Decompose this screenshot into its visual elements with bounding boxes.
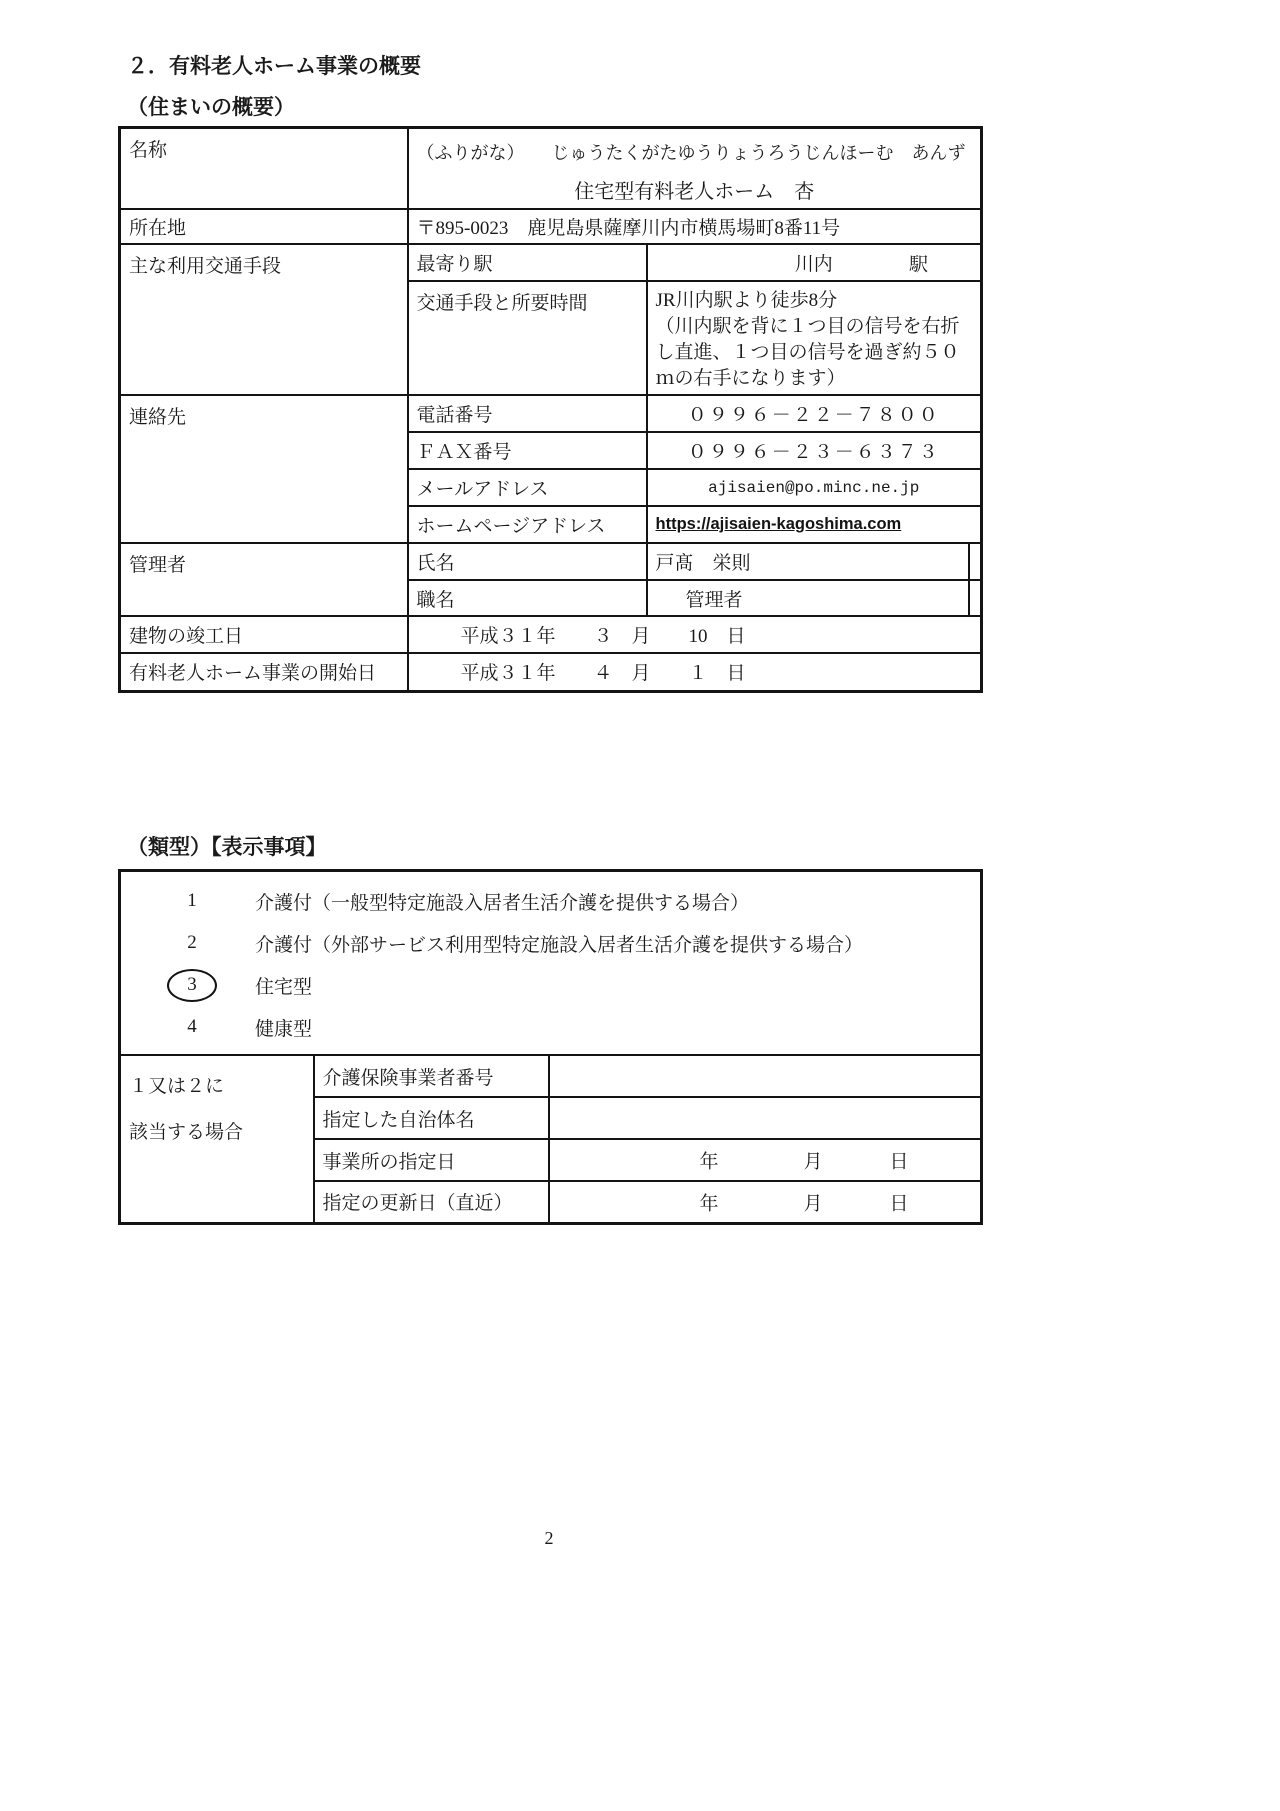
type-option-2: 2 介護付（外部サービス利用型特定施設入居者生活介護を提供する場合） xyxy=(121,922,980,964)
table-row: 所在地 〒895-0023 鹿児島県薩摩川内市横馬場町8番11号 xyxy=(120,209,982,244)
type-classification-table: 1 介護付（一般型特定施設入居者生活介護を提供する場合） 2 介護付（外部サービ… xyxy=(118,869,983,1225)
table-row: 建物の竣工日 平成３１年 ３ 月 10 日 xyxy=(120,616,982,653)
type-label: 住宅型 xyxy=(255,972,312,999)
renewal-date-value: 年 月 日 xyxy=(549,1181,982,1223)
manager-name-label: 氏名 xyxy=(408,543,647,580)
day-unit: 日 xyxy=(890,1188,909,1215)
fax-value: ０９９６－２３－６３７３ xyxy=(647,432,982,469)
type-options-cell: 1 介護付（一般型特定施設入居者生活介護を提供する場合） 2 介護付（外部サービ… xyxy=(120,871,982,1056)
access-label: 交通手段と所要時間 xyxy=(408,281,647,395)
day-unit: 日 xyxy=(890,1147,909,1174)
year-unit: 年 xyxy=(700,1188,719,1215)
type-label: 介護付（外部サービス利用型特定施設入居者生活介護を提供する場合） xyxy=(255,930,863,957)
municipality-label: 指定した自治体名 xyxy=(314,1097,549,1139)
manager-title-value: 管理者 xyxy=(647,580,982,616)
condition-line2: 該当する場合 xyxy=(129,1110,305,1156)
access-time: JR川内駅より徒歩8分 xyxy=(656,287,973,314)
condition-label-cell: １又は２に 該当する場合 xyxy=(120,1055,314,1223)
business-start-value: 平成３１年 ４ 月 １ 日 xyxy=(408,653,982,691)
page-title: ２．有料老人ホーム事業の概要 xyxy=(127,50,421,80)
email-value: ajisaien@po.minc.ne.jp xyxy=(647,469,982,506)
access-value-cell: JR川内駅より徒歩8分 （川内駅を背に１つ目の信号を右折し直進、１つ目の信号を過… xyxy=(647,281,982,395)
business-start-label: 有料老人ホーム事業の開始日 xyxy=(120,653,408,691)
completion-date-label: 建物の竣工日 xyxy=(120,616,408,653)
facility-name: 住宅型有料老人ホーム 杏 xyxy=(417,165,973,206)
name-furigana: （ふりがな） じゅうたくがたゆうりょうろうじんほーむ あんず xyxy=(417,135,973,165)
contact-label: 連絡先 xyxy=(120,395,408,543)
manager-name-value: 戸髙 栄則 xyxy=(647,543,982,580)
section-title-type: （類型）【表示事項】 xyxy=(127,831,327,861)
homepage-link[interactable]: https://ajisaien-kagoshima.com xyxy=(647,506,982,543)
page-number: 2 xyxy=(118,1528,980,1549)
designation-date-label: 事業所の指定日 xyxy=(314,1139,549,1181)
type-option-1: 1 介護付（一般型特定施設入居者生活介護を提供する場合） xyxy=(121,880,980,922)
year-unit: 年 xyxy=(700,1147,719,1174)
station-label: 最寄り駅 xyxy=(408,244,647,281)
document-page: ２．有料老人ホーム事業の概要 （住まいの概要） 名称 （ふりがな） じゅうたくが… xyxy=(0,0,1280,1811)
insurer-number-value xyxy=(549,1055,982,1097)
name-value-cell: （ふりがな） じゅうたくがたゆうりょうろうじんほーむ あんず 住宅型有料老人ホー… xyxy=(408,128,982,210)
manager-title-label: 職名 xyxy=(408,580,647,616)
station-unit: 駅 xyxy=(909,249,928,276)
type-number: 1 xyxy=(167,885,217,918)
type-number: 2 xyxy=(167,927,217,960)
month-unit: 月 xyxy=(804,1188,823,1215)
email-label: メールアドレス xyxy=(408,469,647,506)
phone-value: ０９９６－２２－７８００ xyxy=(647,395,982,432)
municipality-value xyxy=(549,1097,982,1139)
station-value-cell: 川内 駅 xyxy=(647,244,982,281)
name-label: 名称 xyxy=(120,128,408,210)
completion-date-value: 平成３１年 ３ 月 10 日 xyxy=(408,616,982,653)
table-row: 名称 （ふりがな） じゅうたくがたゆうりょうろうじんほーむ あんず 住宅型有料老… xyxy=(120,128,982,210)
type-label: 介護付（一般型特定施設入居者生活介護を提供する場合） xyxy=(255,888,749,915)
table-row: 有料老人ホーム事業の開始日 平成３１年 ４ 月 １ 日 xyxy=(120,653,982,691)
type-number: 4 xyxy=(167,1011,217,1044)
selected-circle-icon: 3 xyxy=(167,969,217,1002)
renewal-date-label: 指定の更新日（直近） xyxy=(314,1181,549,1223)
table-row: １又は２に 該当する場合 介護保険事業者番号 xyxy=(120,1055,982,1097)
manager-label: 管理者 xyxy=(120,543,408,616)
designation-date-value: 年 月 日 xyxy=(549,1139,982,1181)
insurer-number-label: 介護保険事業者番号 xyxy=(314,1055,549,1097)
access-note: （川内駅を背に１つ目の信号を右折し直進、１つ目の信号を過ぎ約５０ｍの右手になりま… xyxy=(656,314,973,392)
type-label: 健康型 xyxy=(255,1014,312,1041)
address-label: 所在地 xyxy=(120,209,408,244)
phone-label: 電話番号 xyxy=(408,395,647,432)
table-row: 主な利用交通手段 最寄り駅 川内 駅 xyxy=(120,244,982,281)
fax-label: ＦＡＸ番号 xyxy=(408,432,647,469)
table-row: 連絡先 電話番号 ０９９６－２２－７８００ xyxy=(120,395,982,432)
type-option-3-selected: 3 住宅型 xyxy=(121,964,980,1006)
month-unit: 月 xyxy=(804,1147,823,1174)
table-row: 管理者 氏名 戸髙 栄則 xyxy=(120,543,982,580)
transport-label: 主な利用交通手段 xyxy=(120,244,408,395)
type-option-4: 4 健康型 xyxy=(121,1006,980,1048)
table-row: 1 介護付（一般型特定施設入居者生活介護を提供する場合） 2 介護付（外部サービ… xyxy=(120,871,982,1056)
condition-line1: １又は２に xyxy=(129,1064,305,1110)
section-title-housing-overview: （住まいの概要） xyxy=(127,91,295,121)
homepage-label: ホームページアドレス xyxy=(408,506,647,543)
address-value: 〒895-0023 鹿児島県薩摩川内市横馬場町8番11号 xyxy=(408,209,982,244)
housing-overview-table: 名称 （ふりがな） じゅうたくがたゆうりょうろうじんほーむ あんず 住宅型有料老… xyxy=(118,126,983,693)
